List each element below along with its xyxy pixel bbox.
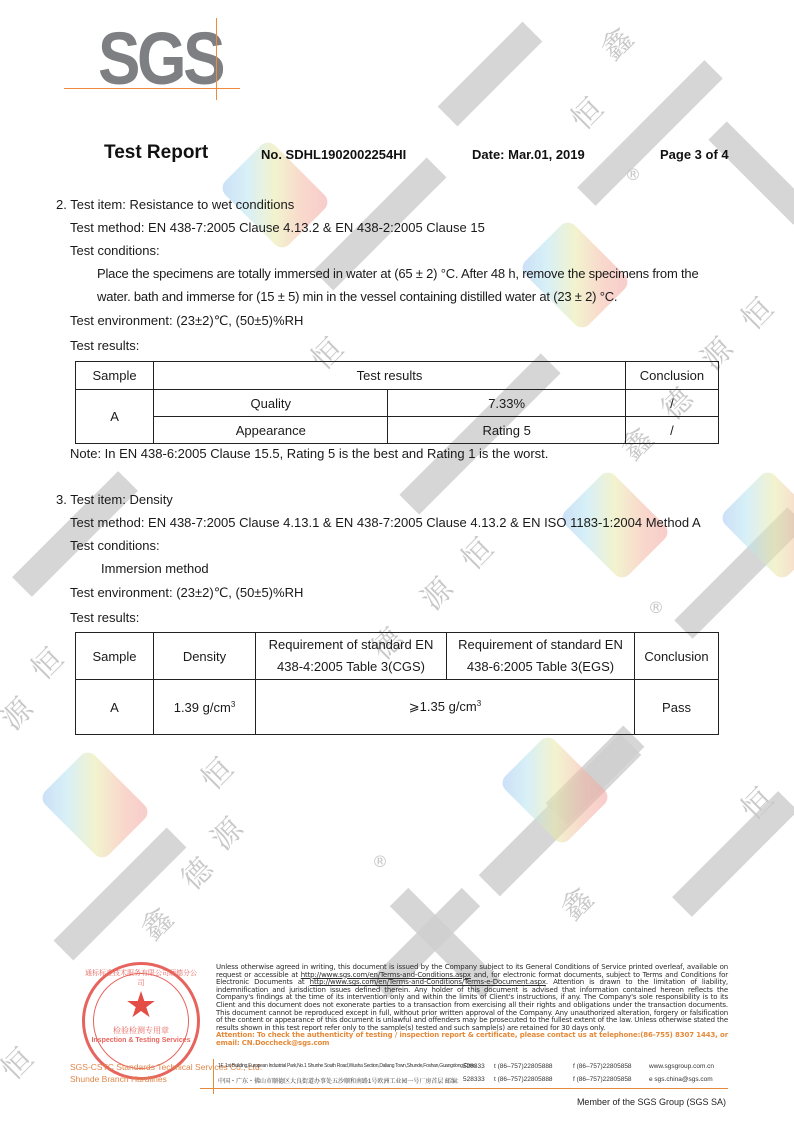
- sample-cell: A: [76, 680, 154, 735]
- footer-rule-tick: [213, 1084, 214, 1094]
- watermark-rainbow: [38, 748, 151, 861]
- footer-rule: [200, 1088, 728, 1089]
- header-text: 438-6:2005 Table 3(EGS): [467, 659, 614, 674]
- header-cell: Density: [154, 633, 256, 680]
- registered-mark: ®: [648, 598, 664, 617]
- section3-heading: 3. Test item: Density: [56, 492, 173, 507]
- watermark-char: 源: [199, 806, 251, 858]
- header-cell-req-egs: Requirement of standard EN 438-6:2005 Ta…: [447, 633, 635, 680]
- header-cell: Conclusion: [635, 633, 719, 680]
- watermark-char: 鑫: [549, 876, 601, 928]
- watermark-shape: [546, 726, 645, 825]
- sgs-logo: SGS: [98, 22, 222, 96]
- telephone: t (86–757)22805888: [494, 1076, 553, 1083]
- disclaimer: Unless otherwise agreed in writing, this…: [216, 964, 728, 1048]
- seal-en-text: Inspection & Testing Services: [85, 1037, 197, 1044]
- fax: f (86–757)22805858: [573, 1076, 632, 1083]
- requirement-cell: ⩾1.35 g/cm3: [256, 680, 635, 735]
- header-text: 438-4:2005 Table 3(CGS): [277, 659, 425, 674]
- wet-conditions-table: Sample Test results Conclusion A Quality…: [75, 361, 719, 444]
- section2-conditions-label: Test conditions:: [70, 243, 160, 258]
- section3-conditions-text: Immersion method: [101, 561, 209, 576]
- section2-results-label: Test results:: [70, 338, 139, 353]
- registered-mark: ®: [372, 852, 388, 871]
- table-row: A Quality 7.33% /: [76, 390, 719, 417]
- watermark-shape: [708, 121, 794, 224]
- branch-division: Shunde Branch Hardlines: [70, 1074, 167, 1084]
- watermark-char: 恒: [19, 636, 71, 688]
- member-notice: Member of the SGS Group (SGS SA): [577, 1097, 726, 1107]
- density-cell: 1.39 g/cm3: [154, 680, 256, 735]
- section2-heading: 2. Test item: Resistance to wet conditio…: [56, 197, 294, 212]
- header-cell-req-cgs: Requirement of standard EN 438-4:2005 Ta…: [256, 633, 447, 680]
- watermark-char: 恒: [729, 776, 781, 828]
- address-cn: 中国・广东・佛山市顺德区大良街道办事处五沙顺和南路1号欧洲工业园一号厂房首层 邮…: [218, 1076, 459, 1085]
- watermark-shape: [672, 791, 794, 917]
- item-cell: Quality: [154, 390, 388, 417]
- watermark-shape: [54, 828, 187, 961]
- header-cell: Conclusion: [625, 362, 718, 390]
- watermark-char: 恒: [559, 86, 611, 138]
- section3-conditions-label: Test conditions:: [70, 538, 160, 553]
- section2-method: Test method: EN 438-7:2005 Clause 4.13.2…: [70, 220, 485, 235]
- address-en: 1F, 1st Building,European Industrial Par…: [218, 1063, 475, 1069]
- result-cell: 7.33%: [388, 390, 625, 417]
- report-number: No. SDHL1902002254HI: [261, 147, 406, 162]
- sample-cell: A: [76, 390, 154, 444]
- section3-environment: Test environment: (23±2)℃, (50±5)%RH: [70, 585, 303, 601]
- table-header-row: Sample Density Requirement of standard E…: [76, 633, 719, 680]
- watermark-char: 源: [0, 686, 41, 738]
- result-cell: Rating 5: [388, 417, 625, 444]
- watermark-shape: [12, 471, 138, 597]
- header-cell: Sample: [76, 362, 154, 390]
- telephone: t (86–757)22805888: [494, 1063, 553, 1070]
- seal-cn-text: 检验检测专用章: [85, 1025, 197, 1036]
- watermark-rainbow: [718, 468, 794, 581]
- email-link[interactable]: e sgs.china@sgs.com: [649, 1076, 713, 1083]
- table-row: Appearance Rating 5 /: [76, 417, 719, 444]
- requirement-value: ⩾1.35 g/cm: [409, 699, 477, 714]
- watermark-char: 恒: [729, 286, 781, 338]
- registered-mark: ®: [625, 165, 641, 184]
- table-row: A 1.39 g/cm3 ⩾1.35 g/cm3 Pass: [76, 680, 719, 735]
- requirement-exponent: 3: [477, 699, 481, 708]
- postcode-cn: 528333: [463, 1076, 485, 1083]
- disclaimer-text: . Attention is drawn to the limitation o…: [216, 978, 728, 1032]
- section3-results-label: Test results:: [70, 610, 139, 625]
- postcode-en: 528333: [463, 1063, 485, 1070]
- section2-environment: Test environment: (23±2)℃, (50±5)%RH: [70, 313, 303, 329]
- table-header-row: Sample Test results Conclusion: [76, 362, 719, 390]
- page-indicator: Page 3 of 4: [660, 147, 729, 162]
- section2-note: Note: In EN 438-6:2005 Clause 15.5, Rati…: [70, 446, 548, 461]
- header-cell: Sample: [76, 633, 154, 680]
- watermark-shape: [577, 60, 723, 206]
- watermark-char: 恒: [0, 1036, 41, 1088]
- report-date: Date: Mar.01, 2019: [472, 147, 585, 162]
- conclusion-cell: /: [625, 390, 718, 417]
- density-value: 1.39 g/cm: [174, 700, 231, 715]
- density-table: Sample Density Requirement of standard E…: [75, 632, 719, 735]
- logo-rule-vertical: [216, 18, 217, 100]
- logo-rule-horizontal: [64, 88, 240, 89]
- conclusion-cell: Pass: [635, 680, 719, 735]
- watermark-char: 恒: [449, 526, 501, 578]
- section2-conditions-line1: Place the specimens are totally immersed…: [97, 266, 698, 281]
- item-cell: Appearance: [154, 417, 388, 444]
- watermark-shape: [438, 22, 543, 127]
- section2-conditions-line2: water. bath and immerse for (15 ± 5) min…: [97, 289, 617, 304]
- watermark-rainbow: [498, 733, 611, 846]
- website-link[interactable]: www.sgsgroup.com.cn: [649, 1063, 714, 1070]
- conclusion-cell: /: [625, 417, 718, 444]
- watermark-char: 恒: [189, 746, 241, 798]
- fax: f (86–757)22805858: [573, 1063, 632, 1070]
- section3-method: Test method: EN 438-7:2005 Clause 4.13.1…: [70, 515, 701, 530]
- star-icon: ★: [85, 987, 197, 1023]
- authenticity-notice: Attention: To check the authenticity of …: [216, 1031, 728, 1047]
- density-exponent: 3: [231, 700, 235, 709]
- watermark-char: 源: [409, 566, 461, 618]
- report-title: Test Report: [104, 142, 208, 164]
- watermark-char: 德: [169, 846, 221, 898]
- header-text: Requirement of standard EN: [458, 637, 623, 652]
- watermark-shape: [479, 734, 642, 897]
- header-cell: Test results: [154, 362, 626, 390]
- watermark-char: 鑫: [129, 896, 181, 948]
- watermark-char: 鑫: [589, 16, 641, 68]
- header-text: Requirement of standard EN: [269, 637, 434, 652]
